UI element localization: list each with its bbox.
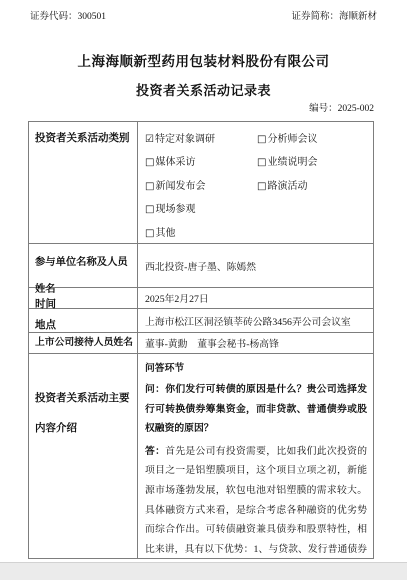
- hosts-label: 上市公司接待人员姓名: [29, 333, 138, 353]
- answer-prefix: 答：: [145, 446, 165, 457]
- unchecked-checkbox-icon: □: [257, 181, 266, 192]
- unchecked-checkbox-icon: □: [257, 134, 266, 145]
- checkbox-option-meiticaifang: □媒体采访: [145, 151, 257, 174]
- checkbox-option-xinwenfabu: □新闻发布会: [145, 175, 257, 198]
- activity-type-label: 投资者关系活动类别: [29, 122, 138, 243]
- time-label: 时间: [29, 288, 138, 308]
- main-content-label: 投资者关系活动主要内容介绍: [29, 354, 138, 558]
- table-row-activity-type: 投资者关系活动类别 ☑特定对象调研 □分析师会议 □媒体采访 □业绩说明会 □新…: [29, 122, 373, 244]
- stock-code: 证券代码：300501: [30, 8, 106, 22]
- checkbox-label: 业绩说明会: [267, 157, 317, 168]
- checkbox-option-yejishuoming: □业绩说明会: [257, 151, 367, 174]
- unchecked-checkbox-icon: □: [145, 228, 154, 239]
- stock-abbreviation: 证券简称：海顺新材: [291, 8, 377, 22]
- question-paragraph: 问：你们发行可转债的原因是什么？贵公司选择发行可转换债券筹集资金，而非贷款、普通…: [145, 380, 367, 439]
- record-table: 投资者关系活动类别 ☑特定对象调研 □分析师会议 □媒体采访 □业绩说明会 □新…: [28, 121, 374, 559]
- unchecked-checkbox-icon: □: [145, 204, 154, 215]
- page-cut-edge: [0, 562, 407, 580]
- activity-type-options: ☑特定对象调研 □分析师会议 □媒体采访 □业绩说明会 □新闻发布会 □路演活动…: [138, 122, 373, 243]
- qa-section-title: 问答环节: [145, 359, 367, 378]
- time-value: 2025年2月27日: [138, 288, 373, 308]
- participants-label: 参与单位名称及人员姓名: [29, 244, 138, 287]
- checkbox-label: 分析师会议: [267, 134, 317, 145]
- checked-checkbox-icon: ☑: [145, 134, 154, 145]
- checkbox-option-luyanhuodong: □路演活动: [257, 175, 367, 198]
- checkbox-grid: ☑特定对象调研 □分析师会议 □媒体采访 □业绩说明会 □新闻发布会 □路演活动…: [145, 122, 367, 245]
- checkbox-label: 路演活动: [267, 181, 307, 192]
- checkbox-option-fenxishi: □分析师会议: [257, 128, 367, 151]
- checkbox-label: 新闻发布会: [155, 181, 205, 192]
- checkbox-label: 媒体采访: [155, 157, 195, 168]
- checkbox-label: 特定对象调研: [155, 134, 215, 145]
- table-row-main-content: 投资者关系活动主要内容介绍 问答环节 问：你们发行可转债的原因是什么？贵公司选择…: [29, 354, 373, 558]
- checkbox-option-qita: □其他: [145, 222, 257, 245]
- unchecked-checkbox-icon: □: [257, 157, 266, 168]
- location-label: 地点: [29, 309, 138, 332]
- unchecked-checkbox-icon: □: [145, 157, 154, 168]
- table-row-participants: 参与单位名称及人员姓名 西北投资-唐子墨、陈嫣然: [29, 244, 373, 288]
- checkbox-option-xianchangcanguan: □现场参观: [145, 198, 257, 221]
- table-row-time: 时间 2025年2月27日: [29, 288, 373, 309]
- main-content-value: 问答环节 问：你们发行可转债的原因是什么？贵公司选择发行可转换债券筹集资金，而非…: [138, 354, 373, 558]
- document-header: 证券代码：300501 证券简称：海顺新材: [30, 8, 377, 22]
- document-number: 编号：2025-002: [0, 100, 374, 114]
- answer-paragraph: 答：首先是公司有投资需要，比如我们此次投资的项目之一是铝塑膜项目，这个项目立项之…: [145, 442, 367, 558]
- checkbox-label: 其他: [155, 228, 175, 239]
- table-row-location: 地点 上海市松江区洞泾镇莘砖公路3456弄公司会议室: [29, 309, 373, 333]
- document-title: 投资者关系活动记录表: [0, 80, 407, 99]
- answer-text: 首先是公司有投资需要，比如我们此次投资的项目之一是铝塑膜项目，这个项目立项之初，…: [145, 446, 367, 558]
- checkbox-label: 现场参观: [155, 204, 195, 215]
- document-page: 证券代码：300501 证券简称：海顺新材 上海海顺新型药用包装材料股份有限公司…: [0, 0, 407, 580]
- table-row-hosts: 上市公司接待人员姓名 董事-黄勳 董事会秘书-杨高锋: [29, 333, 373, 354]
- checkbox-option-tedingduixiang: ☑特定对象调研: [145, 128, 257, 151]
- location-value: 上海市松江区洞泾镇莘砖公路3456弄公司会议室: [138, 309, 373, 332]
- company-title: 上海海顺新型药用包装材料股份有限公司: [0, 50, 407, 70]
- participants-value: 西北投资-唐子墨、陈嫣然: [138, 244, 373, 287]
- hosts-value: 董事-黄勳 董事会秘书-杨高锋: [138, 333, 373, 353]
- unchecked-checkbox-icon: □: [145, 181, 154, 192]
